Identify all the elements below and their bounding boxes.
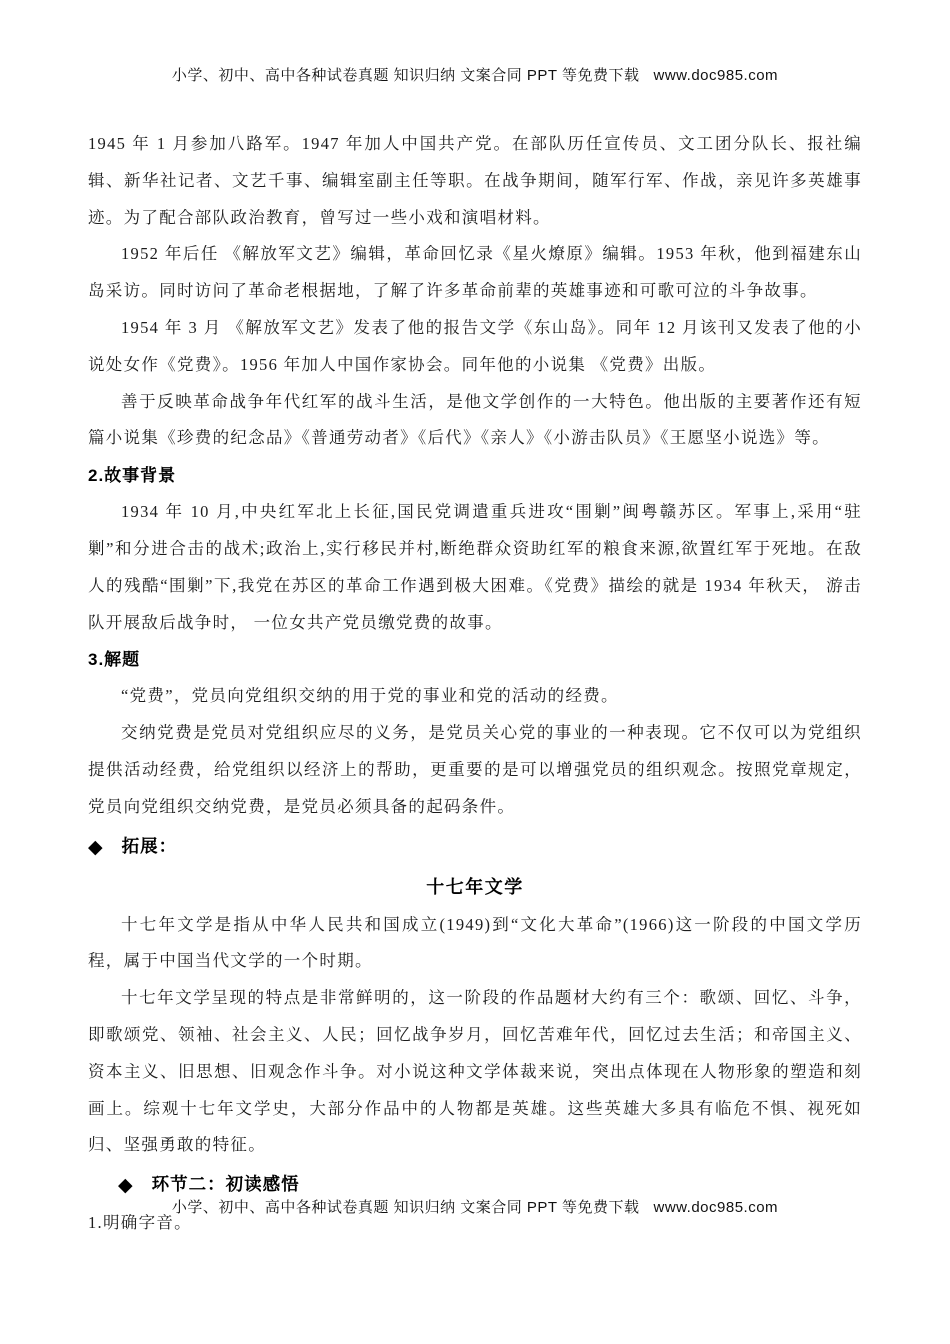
para-seventeen-2: 十七年文学呈现的特点是非常鲜明的，这一阶段的作品题材大约有三个：歌颂、回忆、斗争… bbox=[88, 980, 862, 1164]
heading-story-background: 2.故事背景 bbox=[88, 457, 862, 494]
title-seventeen-years: 十七年文学 bbox=[88, 867, 862, 907]
header-text: 小学、初中、高中各种试卷真题 知识归纳 文案合同 PPT 等免费下载 bbox=[172, 67, 640, 84]
heading-tuozhan-label: 拓展： bbox=[122, 836, 178, 856]
footer-text: 小学、初中、高中各种试卷真题 知识归纳 文案合同 PPT 等免费下载 bbox=[172, 1199, 640, 1216]
diamond-icon: ◆ bbox=[88, 828, 104, 868]
header-url: www.doc985.com bbox=[654, 67, 779, 84]
document-page: 小学、初中、高中各种试卷真题 知识归纳 文案合同 PPT 等免费下载www.do… bbox=[0, 0, 950, 1344]
doc-header: 小学、初中、高中各种试卷真题 知识归纳 文案合同 PPT 等免费下载www.do… bbox=[0, 64, 950, 85]
heading-huanjie-2-label: 环节二：初读感悟 bbox=[152, 1174, 300, 1194]
heading-tuozhan: ◆拓展： bbox=[88, 826, 862, 867]
heading-jieti: 3.解题 bbox=[88, 641, 862, 678]
footer-url: www.doc985.com bbox=[654, 1199, 779, 1216]
para-dangfei-duty: 交纳党费是党员对党组织应尽的义务，是党员关心党的事业的一种表现。它不仅可以为党组… bbox=[88, 715, 862, 825]
para-1952: 1952 年后任 《解放军文艺》编辑，革命回忆录《星火燎原》编辑。1953 年秋… bbox=[88, 236, 862, 310]
para-seventeen-1: 十七年文学是指从中华人民共和国成立(1949)到“文化大革命”(1966)这一阶… bbox=[88, 907, 862, 981]
para-dangfei-definition: “党费”，党员向党组织交纳的用于党的事业和党的活动的经费。 bbox=[88, 678, 862, 715]
doc-footer: 小学、初中、高中各种试卷真题 知识归纳 文案合同 PPT 等免费下载www.do… bbox=[0, 1196, 950, 1217]
para-bio-1945: 1945 年 1 月参加八路军。1947 年加人中国共产党。在部队历任宣传员、文… bbox=[88, 126, 862, 236]
para-works: 善于反映革命战争年代红军的战斗生活，是他文学创作的一大特色。他出版的主要著作还有… bbox=[88, 384, 862, 458]
para-1954: 1954 年 3 月 《解放军文艺》发表了他的报告文学《东山岛》。同年 12 月… bbox=[88, 310, 862, 384]
para-story-background: 1934 年 10 月,中央红军北上长征,国民党调遣重兵进攻“围剿”闽粤赣苏区。… bbox=[88, 494, 862, 641]
doc-body: 1945 年 1 月参加八路军。1947 年加人中国共产党。在部队历任宣传员、文… bbox=[88, 126, 862, 1242]
